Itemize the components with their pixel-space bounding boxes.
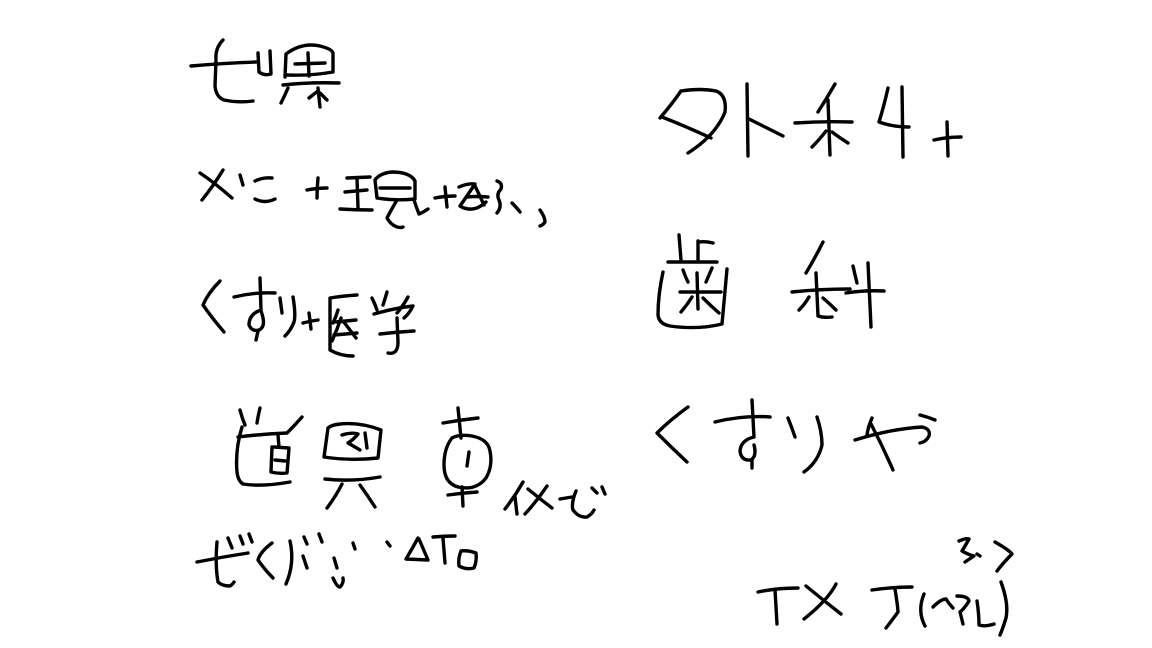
handwriting-zenbu-ato: [197, 534, 476, 587]
drawing-canvas[interactable]: [0, 0, 1152, 648]
handwriting-image-note: [505, 482, 605, 517]
handwriting-svg: [0, 0, 1152, 648]
handwriting-txt-note: [758, 539, 1012, 635]
handwriting-shika: [658, 235, 884, 328]
handwriting-kusuriya: [657, 400, 935, 472]
handwriting-geka: [660, 84, 961, 157]
handwriting-sekai: [191, 40, 339, 107]
handwriting-kusuri-igaku: [203, 278, 414, 356]
handwriting-dougu-kusa: [237, 408, 491, 508]
handwriting-memo-line: [200, 170, 545, 228]
